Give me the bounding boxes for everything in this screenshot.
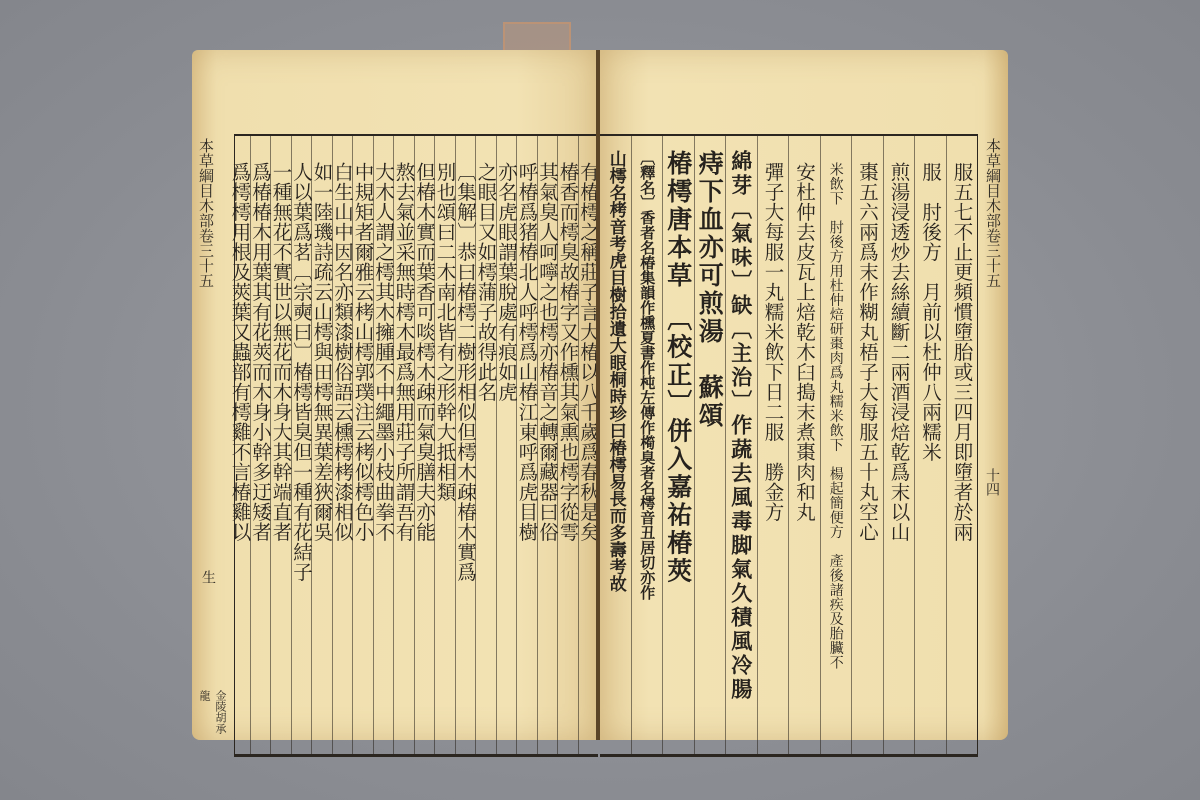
- column-text: 米飲下 肘後方用杜仲焙研棗肉爲丸糯米飲下 楊起簡便方 產後諸疾及胎臟不: [829, 136, 843, 754]
- left-page: 本草綱目木部卷三十五 生 金陵胡承龍 有椿樗之稱莊子言大椿以八千歲爲春秋是矣 椿…: [192, 50, 598, 740]
- text-column: 爲椿椿木用葉其有花莢而木身小幹多迂矮者: [250, 136, 271, 754]
- text-column: 彈子大每服一丸糯米飲下日二服 勝金方: [757, 136, 789, 754]
- column-text: 如一陸璣詩疏云山樗與田樗無異葉差狹爾吳: [312, 136, 332, 754]
- text-column: 其氣臭人呵嚀之也樗亦椿音之轉爾藏器曰俗: [537, 136, 558, 754]
- text-column: 人以葉爲茗〔宗奭曰〕椿樗皆臭但一種有花結子: [291, 136, 312, 754]
- text-column: 〔釋名〕香者名椿集韻作櫄夏書作杶左傳作橁臭者名樗音丑居切亦作: [631, 136, 663, 754]
- left-columns: 有椿樗之稱莊子言大椿以八千歲爲春秋是矣 椿香而樗臭故椿字又作櫄其氣熏也樗字從雩 …: [235, 136, 598, 754]
- text-column: 亦名虎眼謂葉脫處有痕如虎: [496, 136, 517, 754]
- column-text: 爲樗樗用根及莢葉又蟲部有樗雞不言椿雞以: [230, 136, 250, 754]
- column-text: 呼椿爲猪椿北人呼樗爲山椿江東呼爲虎目樹: [517, 136, 537, 754]
- column-text: 〔集解〕恭曰椿樗二樹形相似但樗木疎椿木實爲: [456, 136, 476, 754]
- column-text: 其氣臭人呵嚀之也樗亦椿音之轉爾藏器曰俗: [538, 136, 558, 754]
- text-column: 服五七不止更頻慣墮胎或三四月即墮者於兩: [946, 136, 978, 754]
- text-column: 痔下血亦可煎湯 蘇頌: [694, 136, 726, 754]
- text-column: 安杜仲去皮瓦上焙乾木臼搗末煮棗肉和丸: [788, 136, 820, 754]
- column-text: 煎湯浸透炒去絲續斷二兩酒浸焙乾爲末以山: [889, 136, 909, 754]
- column-text: 但椿木實而葉香可啖樗木疎而氣臭膳夫亦能: [415, 136, 435, 754]
- column-text: 白生山中因名亦類漆樹俗語云櫄樗栲漆相似: [333, 136, 353, 754]
- column-text: 安杜仲去皮瓦上焙乾木臼搗末煮棗肉和丸: [795, 136, 815, 754]
- column-text: 服 肘後方 月前以杜仲八兩糯米: [921, 136, 941, 754]
- column-text: 綿芽〔氣味〕缺〔主治〕作蔬去風毒脚氣久積風冷腸: [731, 136, 752, 754]
- column-text: 熬去氣並采無時樗木最爲無用莊子所謂吾有: [394, 136, 414, 754]
- column-text: 爲椿椿木用葉其有花莢而木身小幹多迂矮者: [251, 136, 271, 754]
- text-column: 白生山中因名亦類漆樹俗語云櫄樗栲漆相似: [332, 136, 353, 754]
- column-text: 亦名虎眼謂葉脫處有痕如虎: [497, 136, 517, 754]
- text-column: 山樗名栲音考虎目樹拾遺大眼桐時珍曰椿樗易長而多壽考故: [600, 136, 631, 754]
- column-text: 山樗名栲音考虎目樹拾遺大眼桐時珍曰椿樗易長而多壽考故: [607, 136, 624, 754]
- text-column: 中規矩者爾雅云栲山樗郭璞注云栲似樗色小: [352, 136, 373, 754]
- text-column: 棗五六兩爲末作糊丸梧子大每服五十丸空心: [851, 136, 883, 754]
- text-column: 煎湯浸透炒去絲續斷二兩酒浸焙乾爲末以山: [883, 136, 915, 754]
- right-text-frame: 服五七不止更頻慣墮胎或三四月即墮者於兩 服 肘後方 月前以杜仲八兩糯米 煎湯浸透…: [600, 134, 978, 757]
- text-column: 服 肘後方 月前以杜仲八兩糯米: [914, 136, 946, 754]
- text-column: 熬去氣並采無時樗木最爲無用莊子所謂吾有: [393, 136, 414, 754]
- text-column: 一種無花不實世以無花而木身大其幹端直者: [270, 136, 291, 754]
- left-folio-number: 生: [198, 570, 218, 584]
- open-book: 本草綱目木部卷三十五 生 金陵胡承龍 有椿樗之稱莊子言大椿以八千歲爲春秋是矣 椿…: [192, 50, 1008, 740]
- right-folio-number: 十四: [982, 468, 1002, 496]
- column-text: 彈子大每服一丸糯米飲下日二服 勝金方: [763, 136, 783, 754]
- left-text-frame: 有椿樗之稱莊子言大椿以八千歲爲春秋是矣 椿香而樗臭故椿字又作櫄其氣熏也樗字從雩 …: [234, 134, 598, 757]
- right-margin-title: 本草綱目木部卷三十五: [983, 138, 1004, 288]
- column-text: 服五七不止更頻慣墮胎或三四月即墮者於兩: [952, 136, 972, 754]
- column-text: 一種無花不實世以無花而木身大其幹端直者: [271, 136, 291, 754]
- text-column: 但椿木實而葉香可啖樗木疎而氣臭膳夫亦能: [414, 136, 435, 754]
- column-text: 〔釋名〕香者名椿集韻作櫄夏書作杶左傳作橁臭者名樗音丑居切亦作: [639, 136, 654, 754]
- text-column: 之眼目又如樗蒲子故得此名: [475, 136, 496, 754]
- text-column: 米飲下 肘後方用杜仲焙研棗肉爲丸糯米飲下 楊起簡便方 產後諸疾及胎臟不: [820, 136, 852, 754]
- text-column: 大木人謂之樗其木擁腫不中繩墨小枝曲拳不: [373, 136, 394, 754]
- text-column: 如一陸璣詩疏云山樗與田樗無異葉差狹爾吳: [311, 136, 332, 754]
- column-text: 痔下血亦可煎湯 蘇頌: [697, 136, 722, 754]
- text-column: 爲樗樗用根及莢葉又蟲部有樗雞不言椿雞以: [230, 136, 250, 754]
- text-column: 椿香而樗臭故椿字又作櫄其氣熏也樗字從雩: [557, 136, 578, 754]
- left-footer-mark: 金陵胡承龍: [196, 690, 228, 740]
- column-text: 別也頌曰二木南北皆有之形幹大抵相類: [435, 136, 455, 754]
- column-text: 大木人謂之樗其木擁腫不中繩墨小枝曲拳不: [374, 136, 394, 754]
- text-column: 別也頌曰二木南北皆有之形幹大抵相類: [434, 136, 455, 754]
- column-text: 椿香而樗臭故椿字又作櫄其氣熏也樗字從雩: [558, 136, 578, 754]
- text-column: 〔集解〕恭曰椿樗二樹形相似但樗木疎椿木實爲: [455, 136, 476, 754]
- column-text: 人以葉爲茗〔宗奭曰〕椿樗皆臭但一種有花結子: [292, 136, 312, 754]
- entry-heading-column: 椿樗唐本草 〔校正〕併入嘉祐椿莢: [662, 136, 694, 754]
- column-text: 中規矩者爾雅云栲山樗郭璞注云栲似樗色小: [353, 136, 373, 754]
- text-column: 綿芽〔氣味〕缺〔主治〕作蔬去風毒脚氣久積風冷腸: [725, 136, 757, 754]
- entry-heading: 椿樗唐本草 〔校正〕併入嘉祐椿莢: [666, 136, 691, 754]
- right-columns: 服五七不止更頻慣墮胎或三四月即墮者於兩 服 肘後方 月前以杜仲八兩糯米 煎湯浸透…: [600, 136, 977, 754]
- column-text: 棗五六兩爲末作糊丸梧子大每服五十丸空心: [858, 136, 878, 754]
- text-column: 有椿樗之稱莊子言大椿以八千歲爲春秋是矣: [578, 136, 599, 754]
- column-text: 之眼目又如樗蒲子故得此名: [476, 136, 496, 754]
- left-margin-title: 本草綱目木部卷三十五: [196, 138, 217, 288]
- right-page: 本草綱目木部卷三十五 十四 服五七不止更頻慣墮胎或三四月即墮者於兩 服 肘後方 …: [600, 50, 1008, 740]
- text-column: 呼椿爲猪椿北人呼樗爲山椿江東呼爲虎目樹: [516, 136, 537, 754]
